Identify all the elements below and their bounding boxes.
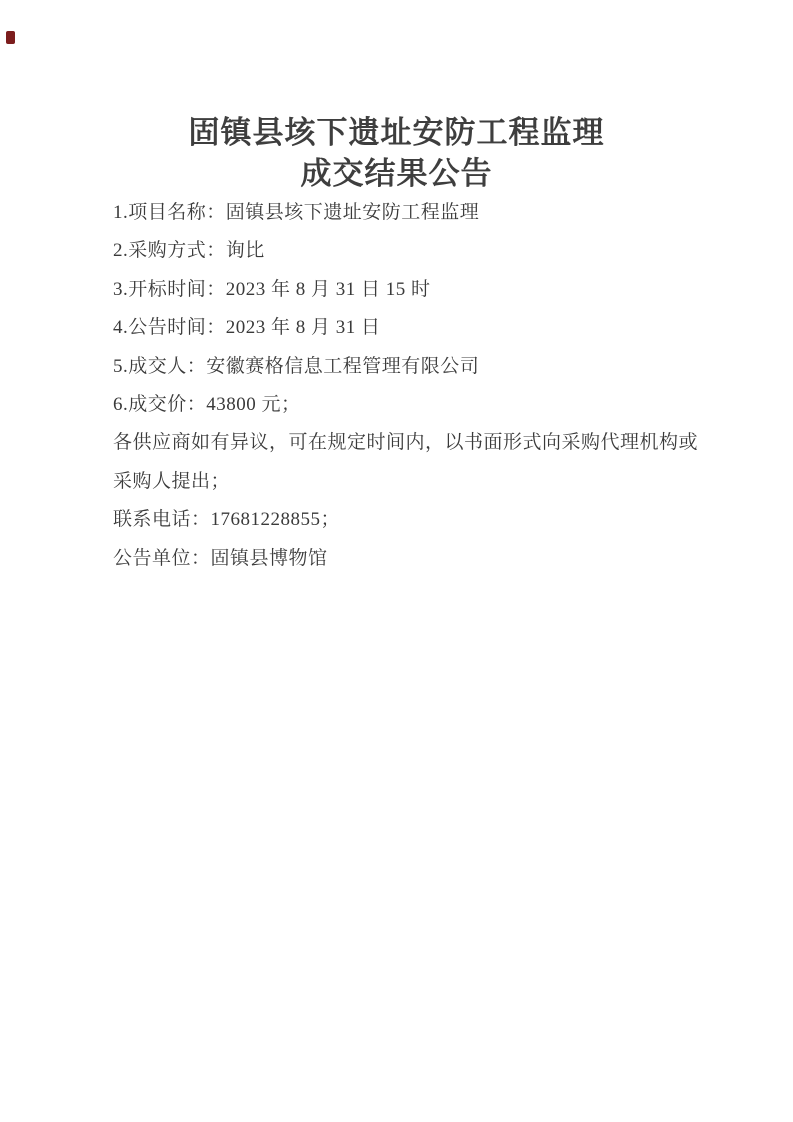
line-objection-notice-2: 采购人提出； [113, 463, 713, 501]
line-contact-phone: 联系电话：17681228855； [113, 501, 713, 539]
line-bid-opening-time: 3.开标时间：2023 年 8 月 31 日 15 时 [113, 271, 713, 309]
page-corner-marker [6, 31, 15, 44]
document-title: 固镇县垓下遗址安防工程监理 成交结果公告 [0, 0, 793, 194]
document-body: 1.项目名称：固镇县垓下遗址安防工程监理 2.采购方式：询比 3.开标时间：20… [113, 194, 713, 578]
line-announcement-time: 4.公告时间：2023 年 8 月 31 日 [113, 309, 713, 347]
line-objection-notice-1: 各供应商如有异议，可在规定时间内，以书面形式向采购代理机构或 [113, 424, 713, 462]
line-procurement-method: 2.采购方式：询比 [113, 232, 713, 270]
line-project-name: 1.项目名称：固镇县垓下遗址安防工程监理 [113, 194, 713, 232]
line-announcing-unit: 公告单位：固镇县博物馆 [113, 540, 713, 578]
line-winner: 5.成交人：安徽赛格信息工程管理有限公司 [113, 348, 713, 386]
title-line-1: 固镇县垓下遗址安防工程监理 [0, 112, 793, 153]
title-line-2: 成交结果公告 [0, 153, 793, 194]
document-page: 固镇县垓下遗址安防工程监理 成交结果公告 1.项目名称：固镇县垓下遗址安防工程监… [0, 0, 793, 1122]
line-winning-price: 6.成交价：43800 元； [113, 386, 713, 424]
